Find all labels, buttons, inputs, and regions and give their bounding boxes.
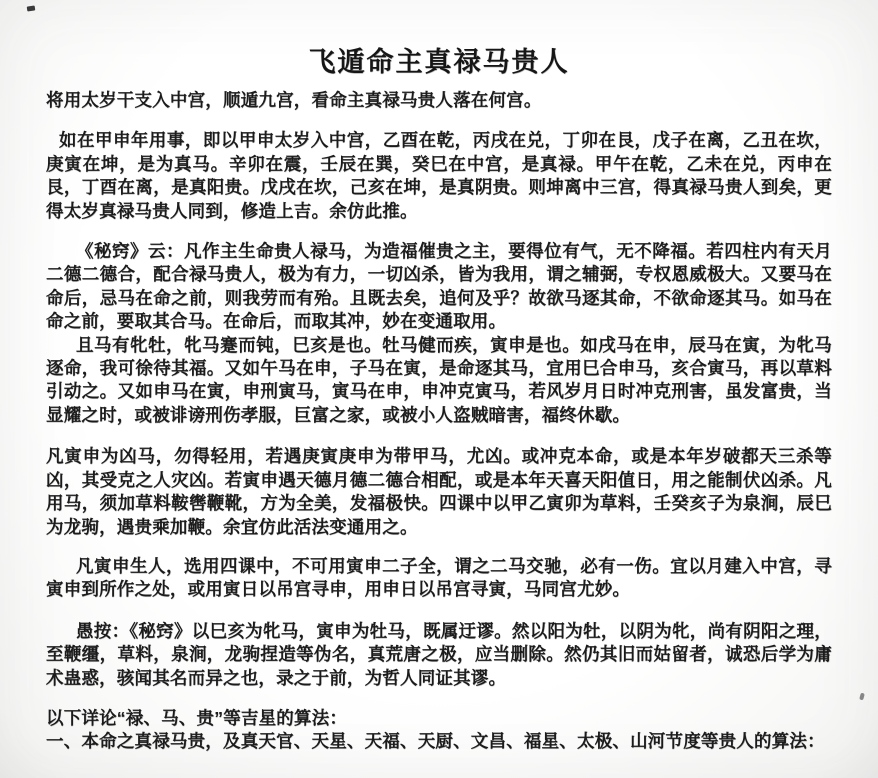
- paragraph-miqiao-quote: 《秘窍》云：凡作主生命贵人禄马，为造福催贵之主，要得位有气，无不降福。若四柱内有…: [46, 240, 832, 334]
- paragraph-pinmu-horses: 且马有牝牡，牝马蹇而钝，巳亥是也。牡马健而疾，寅申是也。如戌马在申，辰马在寅，为…: [46, 334, 832, 428]
- paragraph-commentary: 愚按：《秘窍》以巳亥为牝马，寅申为牡马，既属迂谬。然以阳为牡，以阴为牝，尚有阴阳…: [46, 620, 832, 690]
- paragraph-yinshen-born: 凡寅申生人，选用四课中，不可用寅申二子全，谓之二马交驰，必有一伤。宜以月建入中宫…: [46, 555, 832, 602]
- scanned-document-page: 飞遁命主真禄马贵人 将用太岁干支入中宫，顺遁九宫，看命主真禄马贵人落在何宫。 如…: [0, 0, 878, 778]
- paragraph-intro-algorithms: 以下详论“禄、马、贵”等吉星的算法：: [46, 707, 832, 730]
- paragraph-jiashen-example: 如在甲申年用事，即以甲申太岁入中宫，乙酉在乾，丙戌在兑，丁卯在艮，戊子在离，乙丑…: [46, 129, 832, 223]
- paragraph-yinshen-evil-horse: 凡寅申为凶马，勿得轻用，若遇庚寅庚申为带甲马，尤凶。或冲克本命，或是本年岁破都天…: [46, 445, 832, 539]
- document-body: 飞遁命主真禄马贵人 将用太岁干支入中宫，顺遁九宫，看命主真禄马贵人落在何宫。 如…: [0, 0, 878, 754]
- paragraph-item-one: 一、本命之真禄马贵，及真天官、天星、天福、天厨、文昌、福星、太极、山河节度等贵人…: [46, 730, 832, 753]
- page-title: 飞遁命主真禄马贵人: [46, 0, 832, 79]
- paragraph-summary: 将用太岁干支入中宫，顺遁九宫，看命主真禄马贵人落在何宫。: [46, 89, 832, 112]
